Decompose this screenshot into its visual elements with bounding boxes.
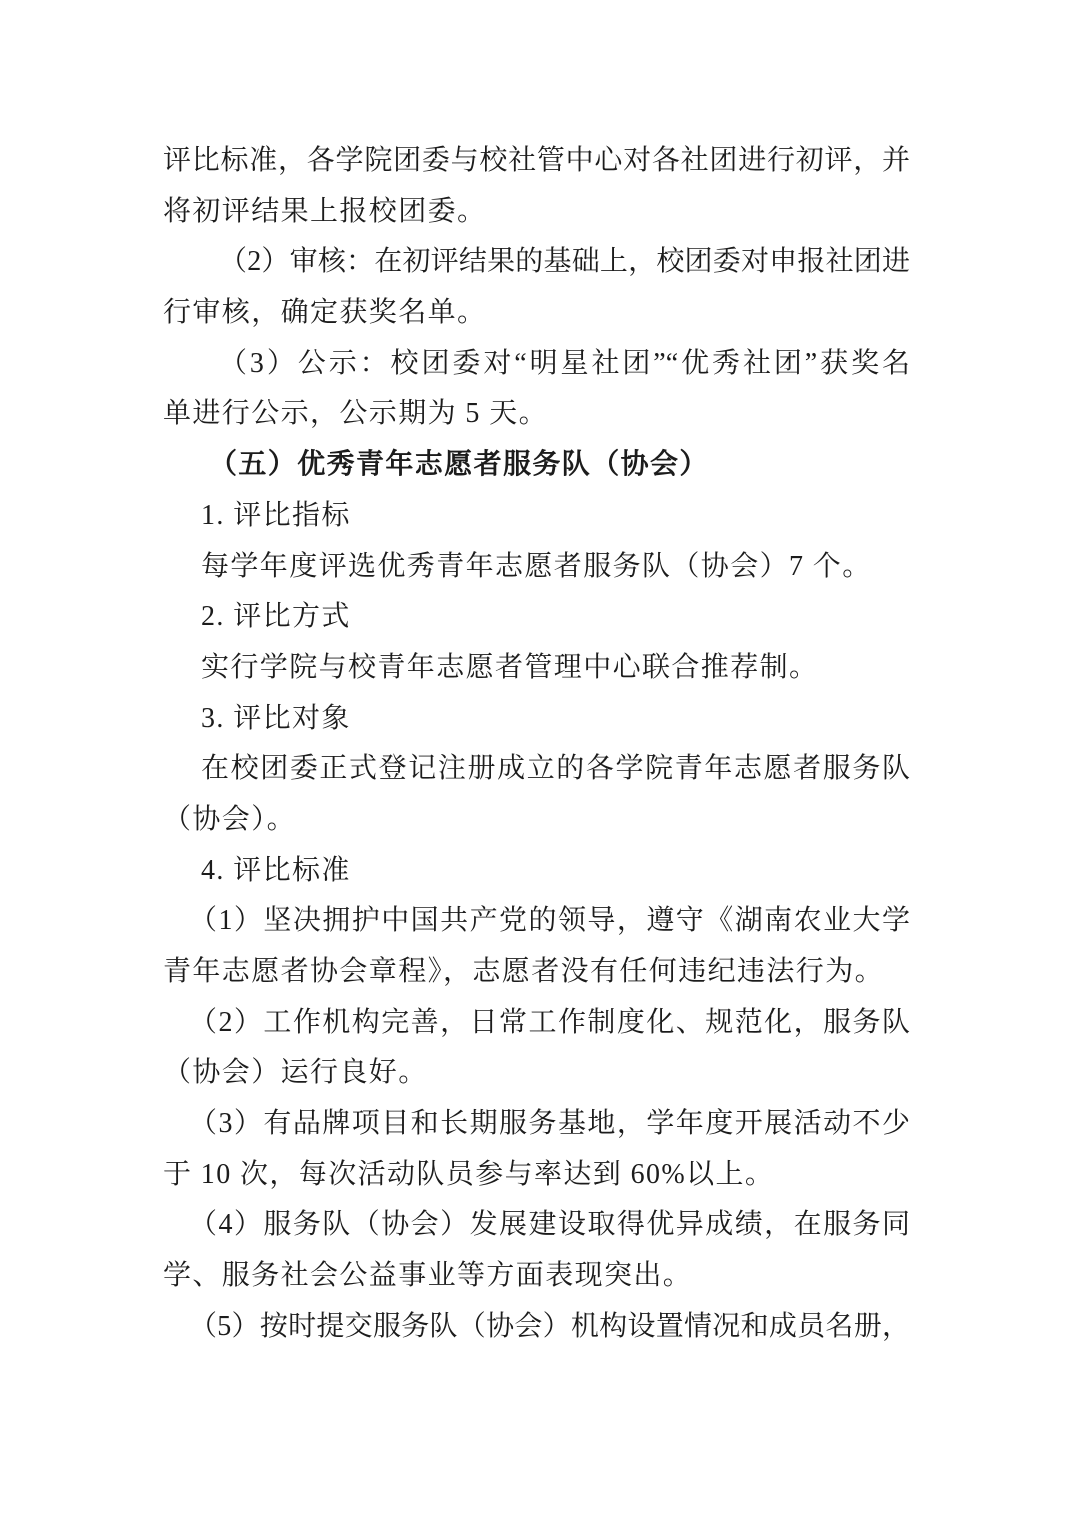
doc-line-11: 实行学院与校青年志愿者管理中心联合推荐制。 <box>163 643 910 694</box>
doc-line-22: （4）服务队（协会）发展建设取得优异成绩，在服务同 <box>163 1200 910 1251</box>
doc-line-24: （5）按时提交服务队（协会）机构设置情况和成员名册， <box>163 1302 910 1353</box>
doc-line-17: 青年志愿者协会章程》，志愿者没有任何违纪违法行为。 <box>163 947 910 998</box>
doc-line-20: （3）有品牌项目和长期服务基地，学年度开展活动不少 <box>163 1099 910 1150</box>
doc-line-15: 4. 评比标准 <box>163 846 910 897</box>
doc-line-9: 每学年度评选优秀青年志愿者服务队（协会）7 个。 <box>163 542 910 593</box>
doc-line-2: 将初评结果上报校团委。 <box>163 187 910 238</box>
document-page: 评比标准，各学院团委与校社管中心对各社团进行初评，并 将初评结果上报校团委。 （… <box>0 0 1074 1520</box>
doc-line-19: （协会）运行良好。 <box>163 1048 910 1099</box>
doc-line-13: 在校团委正式登记注册成立的各学院青年志愿者服务队 <box>163 744 910 795</box>
doc-line-21: 于 10 次，每次活动队员参与率达到 60%以上。 <box>163 1150 910 1201</box>
doc-line-3: （2）审核：在初评结果的基础上，校团委对申报社团进 <box>163 237 910 288</box>
document-text-block: 评比标准，各学院团委与校社管中心对各社团进行初评，并 将初评结果上报校团委。 （… <box>163 136 910 1353</box>
doc-line-5: （3）公示：校团委对“明星社团”“优秀社团”获奖名 <box>163 339 910 390</box>
doc-line-16: （1）坚决拥护中国共产党的领导，遵守《湖南农业大学 <box>163 896 910 947</box>
section-heading-5: （五）优秀青年志愿者服务队（协会） <box>163 440 910 491</box>
doc-line-12: 3. 评比对象 <box>163 694 910 745</box>
doc-line-18: （2）工作机构完善，日常工作制度化、规范化，服务队 <box>163 998 910 1049</box>
doc-line-1: 评比标准，各学院团委与校社管中心对各社团进行初评，并 <box>163 136 910 187</box>
doc-line-10: 2. 评比方式 <box>163 592 910 643</box>
doc-line-4: 行审核，确定获奖名单。 <box>163 288 910 339</box>
doc-line-8: 1. 评比指标 <box>163 491 910 542</box>
doc-line-6: 单进行公示，公示期为 5 天。 <box>163 389 910 440</box>
doc-line-14: （协会）。 <box>163 795 910 846</box>
doc-line-23: 学、服务社会公益事业等方面表现突出。 <box>163 1251 910 1302</box>
